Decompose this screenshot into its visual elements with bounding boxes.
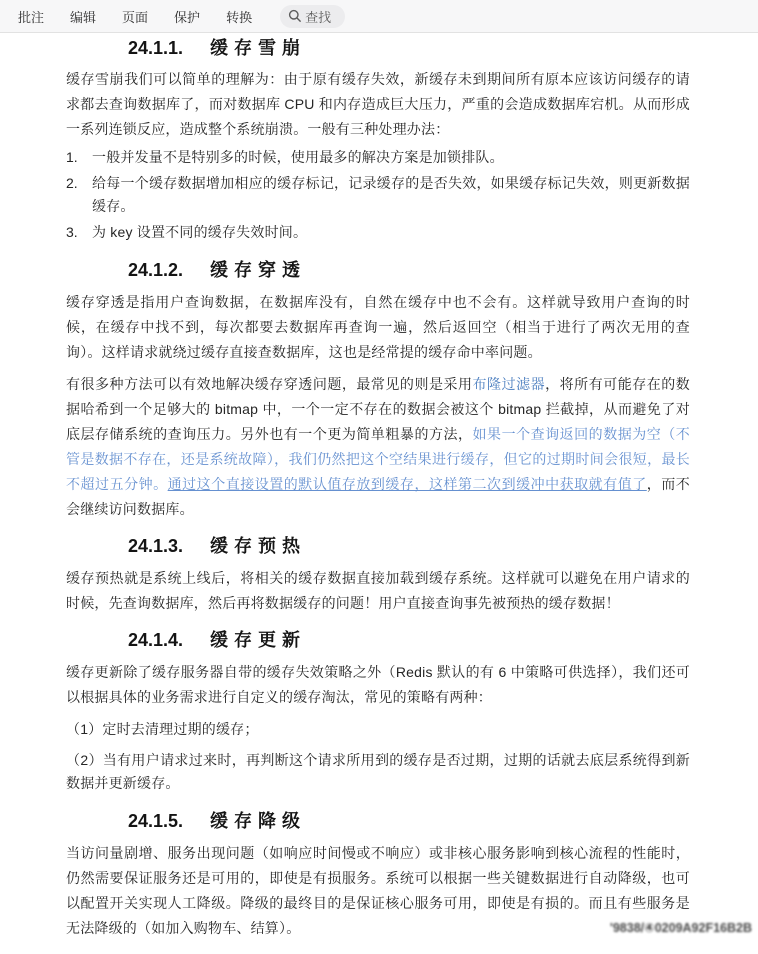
toolbar: 批注 编辑 页面 保护 转换 查找 — [0, 0, 758, 33]
paragraph-degradation: 当访问量剧增、服务出现问题（如响应时间慢或不响应）或非核心服务影响到核心流程的性… — [66, 841, 690, 941]
list-marker: 1. — [66, 146, 92, 169]
paragraph-penetration-2: 有很多种方法可以有效地解决缓存穿透问题，最常见的则是采用布隆过滤器，将所有可能存… — [66, 372, 690, 522]
heading-24-1-1: 24.1.1. 缓存雪崩 — [66, 36, 690, 60]
heading-24-1-3: 24.1.3. 缓存预热 — [66, 534, 690, 558]
menu-page[interactable]: 页面 — [122, 7, 148, 26]
paragraph-update: 缓存更新除了缓存服务器自带的缓存失效策略之外（Redis 默认的有 6 中策略可… — [66, 660, 690, 710]
list-marker: 2. — [66, 172, 92, 218]
paragraph-warmup: 缓存预热就是系统上线后，将相关的缓存数据直接加载到缓存系统。这样就可以避免在用户… — [66, 566, 690, 616]
search-pill[interactable]: 查找 — [280, 5, 345, 28]
section-number: 24.1.5. — [128, 809, 183, 833]
text-run: 有很多种方法可以有效地解决缓存穿透问题，最常见的则是采用 — [66, 376, 473, 392]
menu-edit[interactable]: 编辑 — [70, 7, 96, 26]
list-text: 一般并发量不是特别多的时候，使用最多的解决方案是加锁排队。 — [92, 146, 690, 169]
ordered-list-avalanche: 1. 一般并发量不是特别多的时候，使用最多的解决方案是加锁排队。 2. 给每一个… — [66, 146, 690, 244]
section-title: 缓存雪崩 — [210, 36, 306, 60]
section-number: 24.1.1. — [128, 36, 183, 60]
section-number: 24.1.3. — [128, 534, 183, 558]
section-title: 缓存预热 — [210, 534, 306, 558]
menu-protect[interactable]: 保护 — [174, 7, 200, 26]
menu-convert[interactable]: 转换 — [226, 7, 252, 26]
bloom-filter-link[interactable]: 布隆过滤器 — [473, 376, 546, 392]
watermark: '9838/④0209A92F16B2B — [610, 920, 752, 935]
list-item: 1. 一般并发量不是特别多的时候，使用最多的解决方案是加锁排队。 — [66, 146, 690, 169]
menu-annotate[interactable]: 批注 — [18, 7, 44, 26]
heading-24-1-4: 24.1.4. 缓存更新 — [66, 628, 690, 652]
section-title: 缓存更新 — [210, 628, 306, 652]
numbered-paragraph-1: （1）定时去清理过期的缓存； — [66, 718, 690, 741]
paragraph-penetration-1: 缓存穿透是指用户查询数据，在数据库没有，自然在缓存中也不会有。这样就导致用户查询… — [66, 290, 690, 365]
document-page: 24.1.1. 缓存雪崩 缓存雪崩我们可以简单的理解为：由于原有缓存失效，新缓存… — [0, 36, 758, 941]
section-title: 缓存降级 — [210, 809, 306, 833]
section-title: 缓存穿透 — [210, 258, 306, 282]
list-marker: 3. — [66, 221, 92, 244]
heading-24-1-5: 24.1.5. 缓存降级 — [66, 809, 690, 833]
list-text: 为 key 设置不同的缓存失效时间。 — [92, 221, 690, 244]
list-item: 2. 给每一个缓存数据增加相应的缓存标记，记录缓存的是否失效，如果缓存标记失效，… — [66, 172, 690, 218]
list-item: 3. 为 key 设置不同的缓存失效时间。 — [66, 221, 690, 244]
highlighted-underlined-text: 通过这个直接设置的默认值存放到缓存，这样第二次到缓冲中获取就有值了 — [168, 476, 647, 492]
paragraph-avalanche: 缓存雪崩我们可以简单的理解为：由于原有缓存失效，新缓存未到期间所有原本应该访问缓… — [66, 67, 690, 142]
search-icon — [288, 9, 302, 23]
numbered-paragraph-2: （2）当有用户请求过来时，再判断这个请求所用到的缓存是否过期，过期的话就去底层系… — [66, 749, 690, 795]
list-text: 给每一个缓存数据增加相应的缓存标记，记录缓存的是否失效，如果缓存标记失效，则更新… — [92, 172, 690, 218]
section-number: 24.1.2. — [128, 258, 183, 282]
search-label: 查找 — [305, 7, 331, 26]
heading-24-1-2: 24.1.2. 缓存穿透 — [66, 258, 690, 282]
section-number: 24.1.4. — [128, 628, 183, 652]
